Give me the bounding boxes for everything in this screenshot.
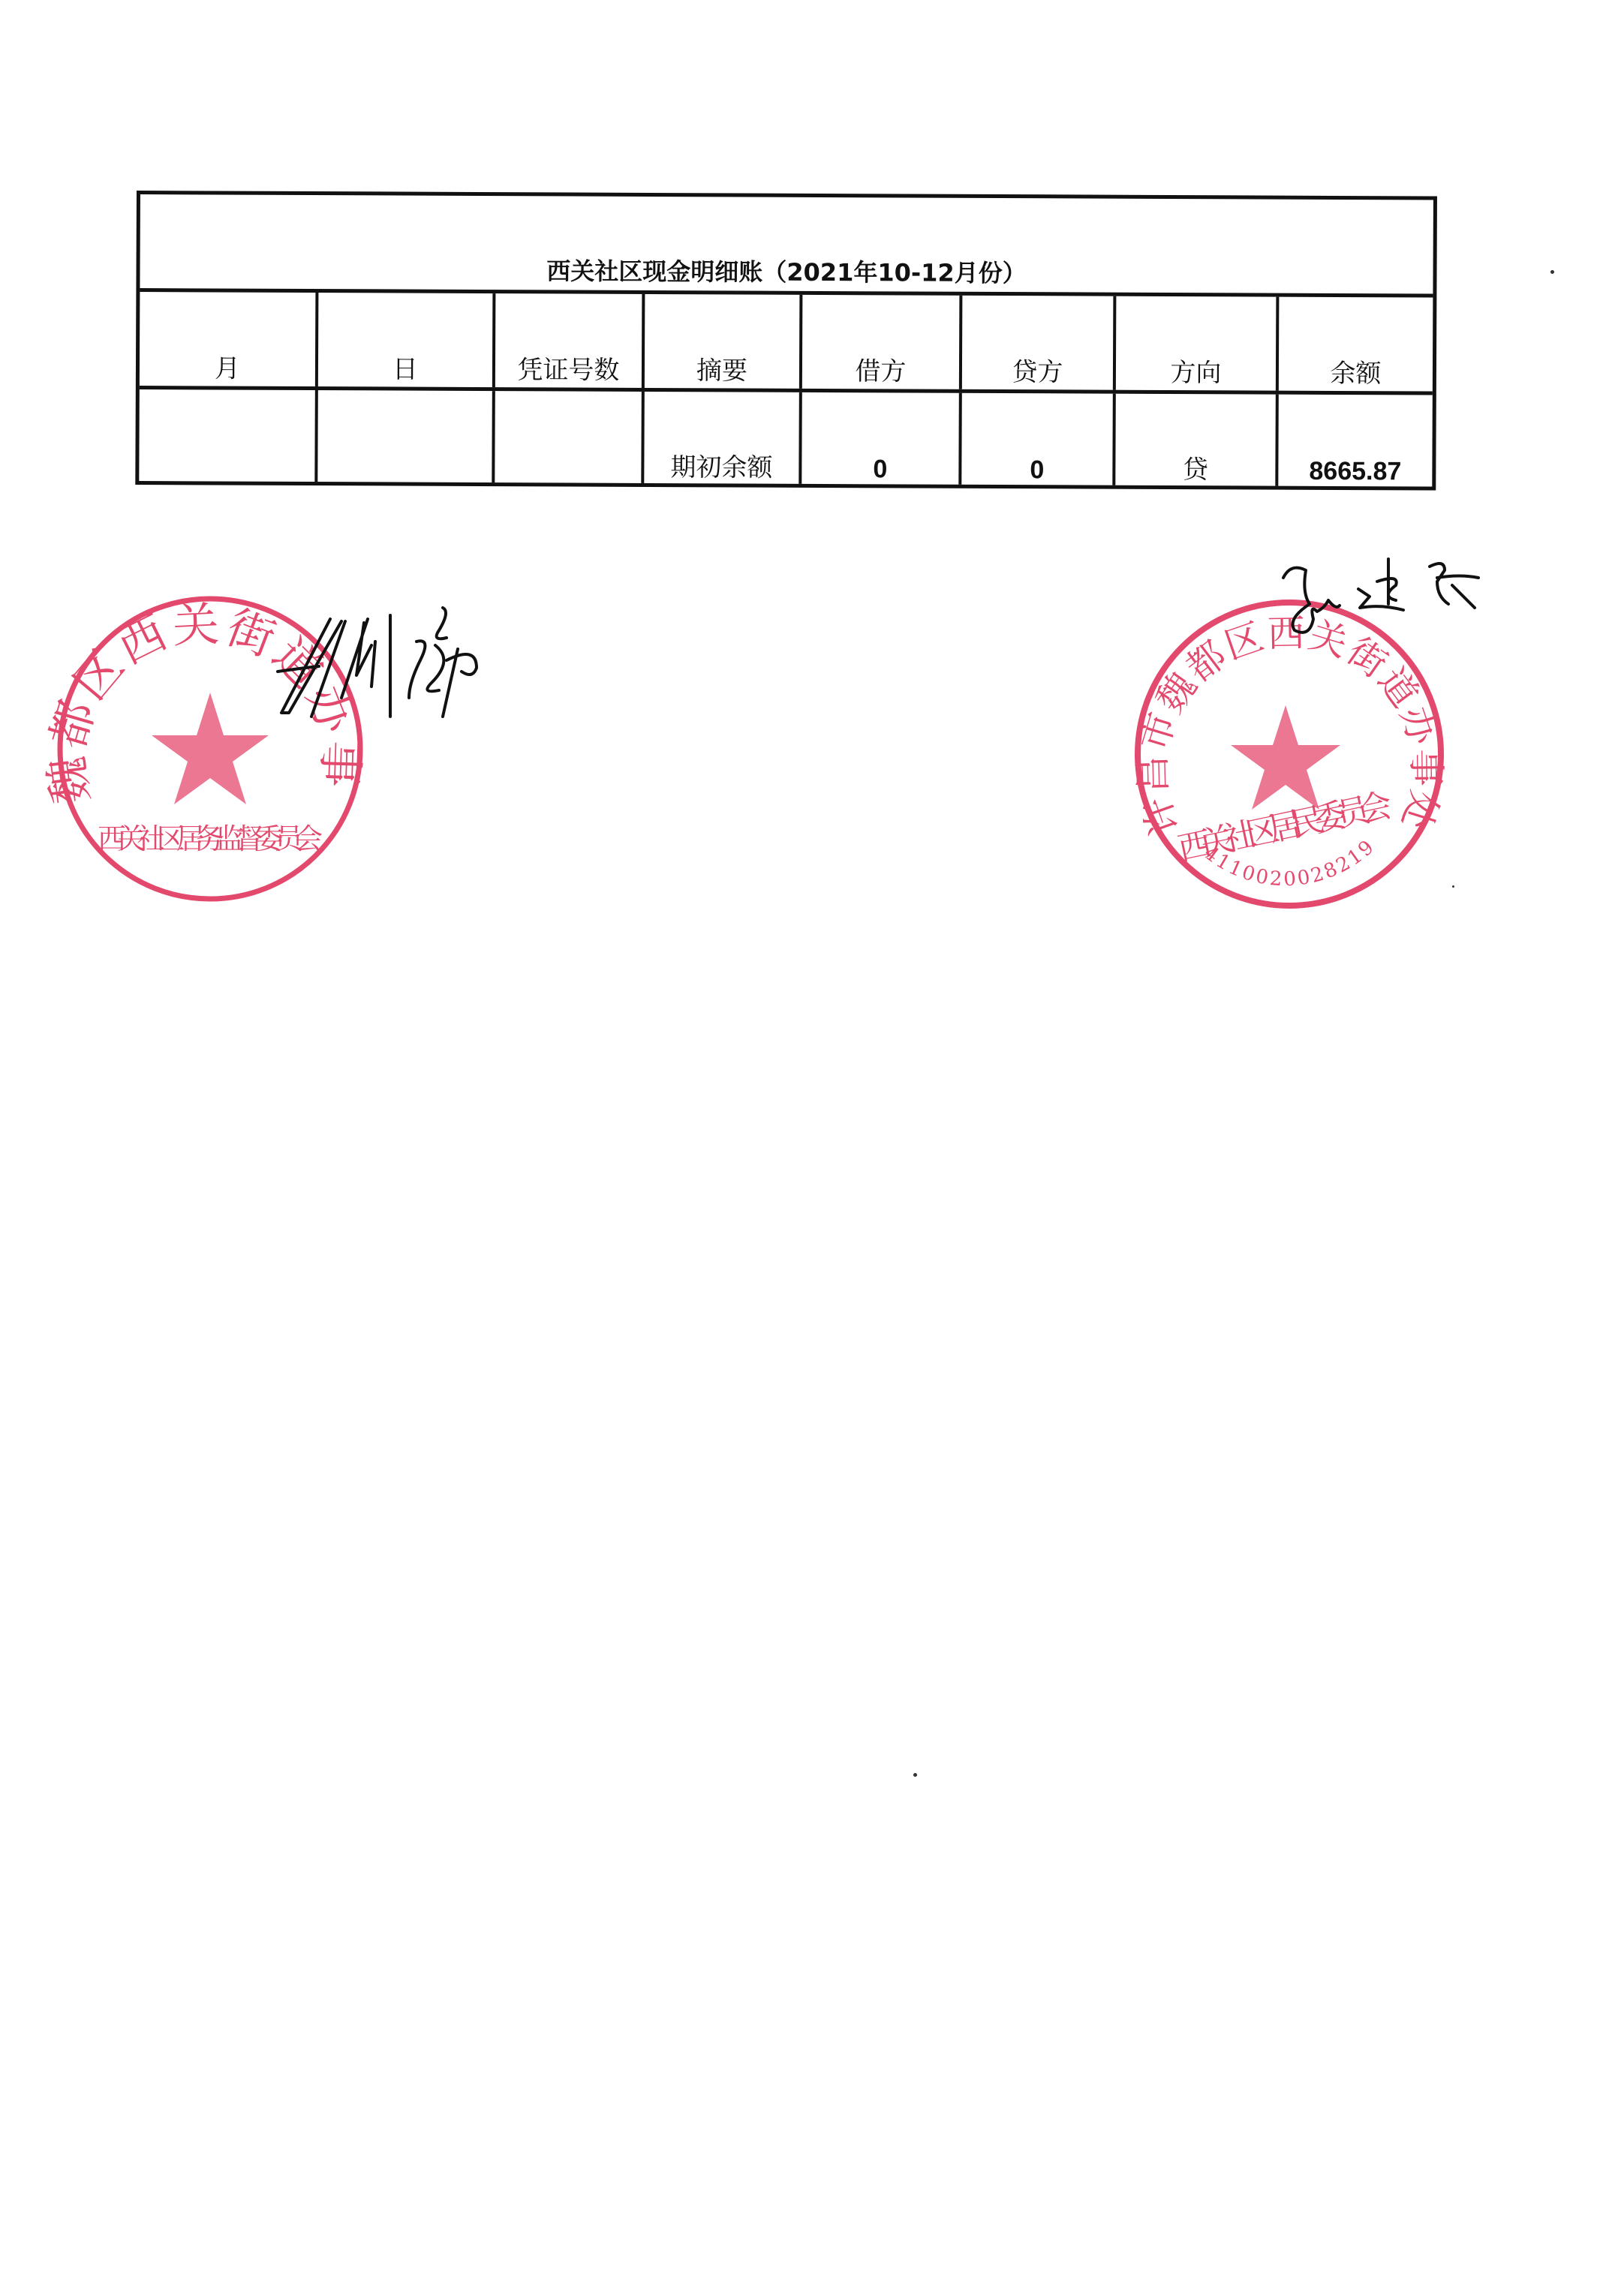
cell-debit: 0 [801, 392, 962, 485]
header-cell-direction: 方向 [1116, 296, 1280, 391]
star-icon [1231, 705, 1340, 810]
header-credit: 贷方 [962, 351, 1113, 389]
value-voucher [495, 482, 641, 483]
cell-balance: 8665.87 [1278, 395, 1433, 487]
cell-month [139, 389, 318, 482]
scan-speck [1550, 270, 1554, 274]
header-voucher: 凭证号数 [495, 349, 642, 386]
header-cell-credit: 贷方 [962, 296, 1117, 390]
value-direction: 贷 [1115, 449, 1275, 486]
ledger-title: 西关社区现金明细账（2021年10-12月份） [140, 251, 1433, 291]
header-debit: 借方 [802, 350, 959, 388]
right-signature [1276, 551, 1493, 642]
header-cell-debit: 借方 [802, 295, 963, 389]
handwritten-signature-icon [259, 600, 484, 728]
cell-summary: 期初余额 [644, 392, 802, 484]
ledger-header-row: 月 日 凭证号数 摘要 借方 贷方 方向 余额 [140, 292, 1433, 395]
right-stamp-graphic: 许昌市魏都区西关街道办事处 西关社区居民委员会 4110020028219 [1132, 597, 1447, 912]
value-debit: 0 [801, 455, 958, 485]
scan-speck [1452, 885, 1454, 888]
value-credit: 0 [961, 455, 1112, 485]
left-stamp-bottom-text: 西关社区居务监督委员会 [98, 822, 323, 855]
cell-voucher [495, 391, 645, 483]
header-cell-balance: 余额 [1279, 297, 1433, 392]
header-month: 月 [140, 347, 315, 385]
value-summary: 期初余额 [644, 446, 798, 484]
header-balance: 余额 [1279, 353, 1433, 390]
scan-speck [913, 1773, 917, 1777]
cell-day [317, 390, 495, 482]
cell-direction: 贷 [1115, 394, 1279, 486]
header-direction: 方向 [1116, 352, 1276, 389]
handwritten-signature-icon [1276, 551, 1493, 642]
value-month [139, 481, 314, 482]
header-cell-month: 月 [140, 292, 319, 386]
cell-credit: 0 [961, 393, 1116, 485]
ledger-title-row: 西关社区现金明细账（2021年10-12月份） [140, 194, 1433, 298]
value-balance: 8665.87 [1278, 457, 1432, 487]
header-summary: 摘要 [645, 350, 799, 387]
header-day: 日 [318, 348, 492, 386]
right-official-stamp: 许昌市魏都区西关街道办事处 西关社区居民委员会 4110020028219 [1132, 597, 1447, 912]
header-cell-voucher: 凭证号数 [495, 293, 645, 388]
cash-ledger-table: 西关社区现金明细账（2021年10-12月份） 月 日 凭证号数 摘要 借方 贷… [135, 191, 1437, 491]
left-signature [259, 600, 484, 728]
header-cell-day: 日 [318, 293, 496, 387]
star-icon [152, 693, 269, 804]
table-row: 期初余额 0 0 贷 8665.87 [139, 389, 1433, 487]
value-day [317, 482, 492, 482]
header-cell-summary: 摘要 [645, 294, 803, 389]
